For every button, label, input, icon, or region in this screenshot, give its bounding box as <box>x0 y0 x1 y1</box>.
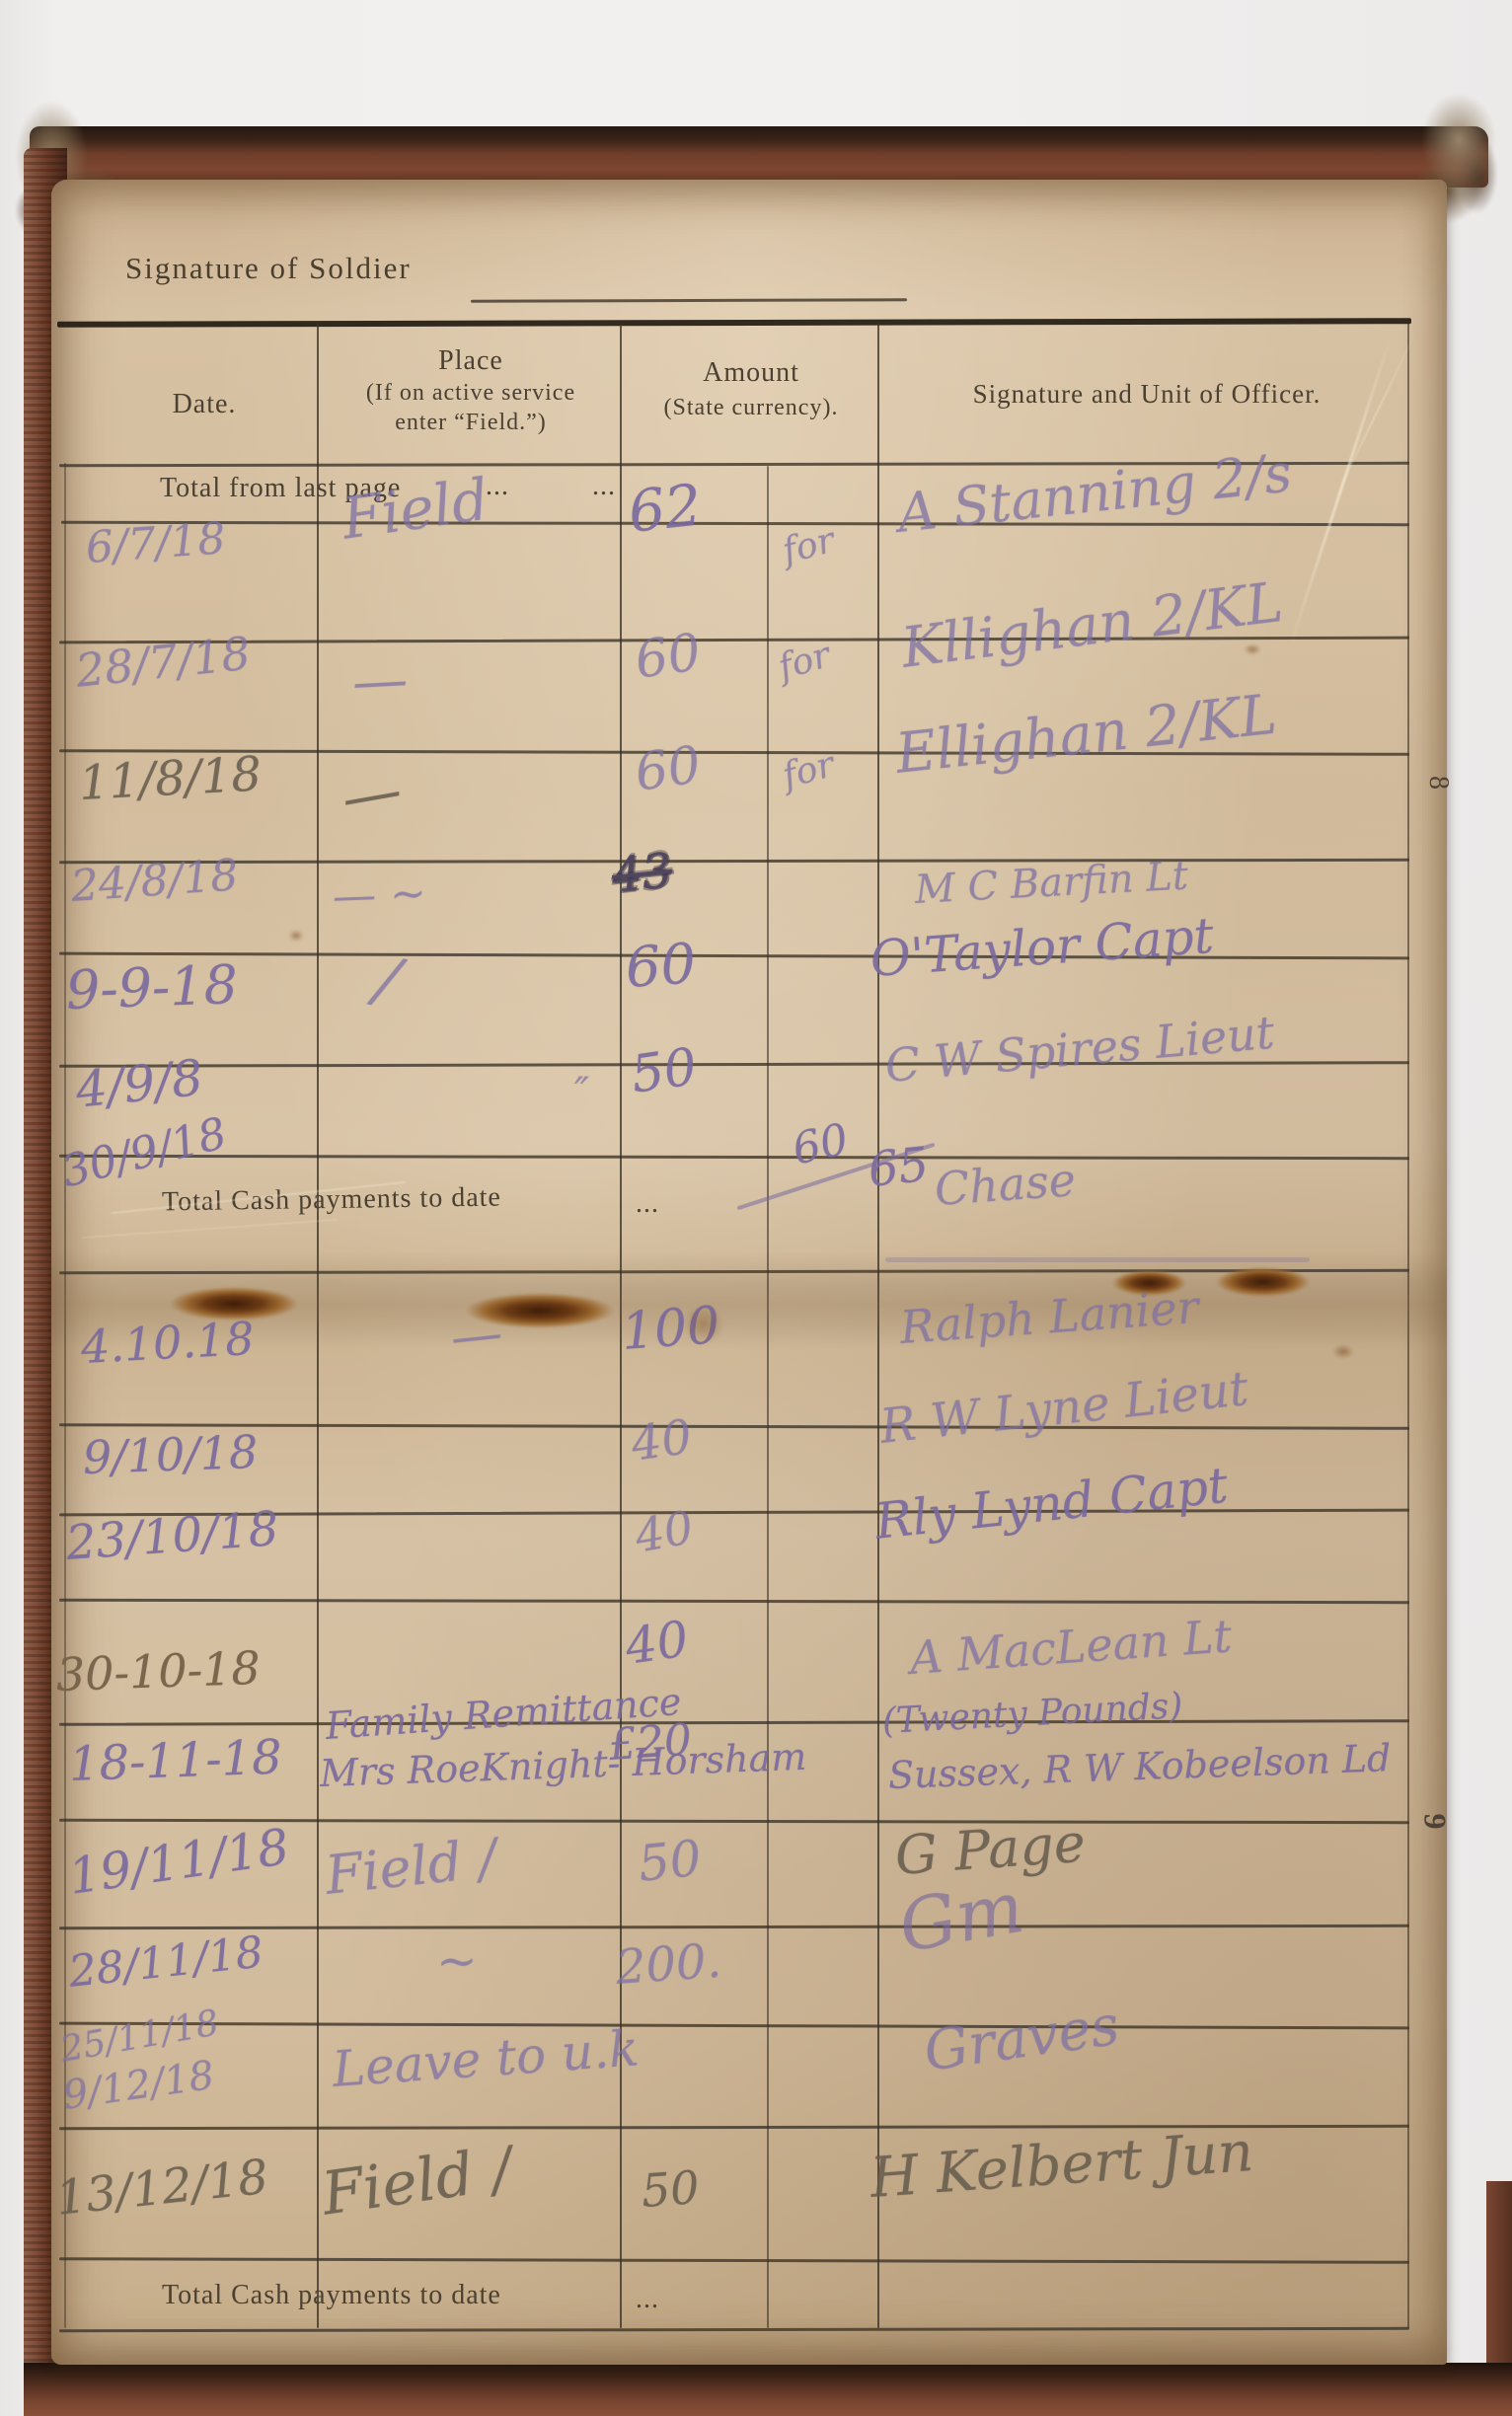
entry-date: 4.10.18 <box>80 1316 256 1370</box>
paper-stain <box>1332 1344 1354 1359</box>
entry-date: 11/8/18 <box>78 750 263 807</box>
total-cash-mid-hw-signature: Chase <box>933 1157 1077 1212</box>
entry-amount: 50 <box>628 1041 700 1101</box>
entry-signature: Rly Lynd Capt <box>872 1461 1230 1547</box>
entry-note: for <box>775 638 834 686</box>
header-place-label: Place <box>330 345 612 377</box>
entry-signature: Graves <box>921 1999 1122 2080</box>
entry-date: 23/10/18 <box>64 1505 279 1567</box>
table-top-rule <box>57 318 1411 328</box>
entry-note: for <box>780 523 838 570</box>
entry-amount: 40 <box>632 1504 697 1558</box>
total-cash-mid-hw-date: 30/9/18 <box>58 1112 231 1195</box>
entry-signature: A Stanning 2/s <box>895 446 1294 541</box>
entry-signature: M C Barfin Lt <box>914 857 1189 910</box>
entry-date: 6/7/18 <box>84 517 226 570</box>
entry-date: 28/7/18 <box>74 631 253 694</box>
row-rule <box>59 2022 1409 2030</box>
entry-place: — <box>448 1308 504 1364</box>
side-page-number-top: 8 <box>1422 776 1454 790</box>
header-place-sub1: (If on active service <box>328 380 614 407</box>
paper-crease <box>81 1219 338 1239</box>
entry-amount: 60 <box>632 627 704 687</box>
entry-amount: 200. <box>614 1937 722 1992</box>
row-rule <box>59 1925 1409 1929</box>
entry-signature-line1: (Twenty Pounds) <box>881 1689 1183 1740</box>
row-rule <box>59 1599 1409 1604</box>
total-cash-mid-dots: ... <box>636 1188 659 1220</box>
entry-place: — <box>351 652 410 711</box>
entry-amount: 60 <box>624 937 698 997</box>
entry-date: 28/11/18 <box>67 1930 265 1994</box>
paper-crease <box>1330 328 1418 506</box>
entry-signature: H Kelbert Jun <box>869 2125 1255 2207</box>
entry-amount: 62 <box>626 476 704 540</box>
entry-amount: £20 <box>607 1718 693 1768</box>
header-place-sub2: enter “Field.”) <box>328 410 614 436</box>
entry-date: 9-9-18 <box>65 958 239 1018</box>
entry-signature: A MacLean Lt <box>908 1613 1233 1681</box>
rust-stain <box>1216 1267 1310 1297</box>
entry-signature: R W Lyne Lieut <box>877 1365 1250 1451</box>
entry-date: 18-11-18 <box>68 1733 282 1787</box>
total-cash-bottom-label: Total Cash payments to date <box>162 2280 501 2311</box>
entry-amount: 40 <box>629 1413 695 1469</box>
row-rule <box>59 1155 1409 1160</box>
entry-amount: 60 <box>632 739 704 799</box>
header-amount-sub: (State currency). <box>632 395 870 421</box>
scanned-paybook-page: { "document": { "title": "Signature of S… <box>0 0 1512 2416</box>
entry-date: 9/10/18 <box>82 1429 259 1480</box>
entry-place: — ~ <box>332 872 426 919</box>
entry-signature-line2: Sussex, R W Kobeelson Ld <box>887 1739 1392 1794</box>
book-cover-bottom-edge <box>24 2363 1512 2416</box>
entry-place-line2: Mrs RoeKnight- Horsham <box>319 1738 807 1792</box>
row-rule <box>59 2257 1409 2264</box>
col-divider-amount-sub <box>767 466 769 2328</box>
entry-amount: 40 <box>623 1614 692 1671</box>
entry-place: Field / <box>319 2139 516 2224</box>
entry-amount: 43 <box>609 847 674 900</box>
entry-date: 19/11/18 <box>66 1822 292 1902</box>
entry-place: ~ <box>436 1936 478 1986</box>
entry-place: Field / <box>323 1832 499 1903</box>
entry-amount: 50 <box>636 1833 704 1888</box>
total-cash-mid-hw-amount-a: 60 <box>789 1118 852 1172</box>
entry-amount: 50 <box>640 2164 701 2214</box>
total-from-last-page-dots-2: ... <box>592 471 616 502</box>
entry-signature: Ellighan 2/KL <box>893 688 1279 783</box>
entry-signature: Gm <box>894 1871 1028 1963</box>
header-signature-label: Signature and Unit of Officer. <box>890 379 1403 410</box>
header-date-label: Date. <box>111 389 298 420</box>
title-underline <box>471 298 907 303</box>
row-rule <box>59 859 1409 864</box>
header-amount-label: Amount <box>632 357 870 389</box>
paper-stain <box>1244 643 1261 655</box>
row-rule <box>59 1719 1409 1726</box>
entry-date: 30-10-18 <box>55 1645 261 1698</box>
paper-stain <box>288 930 304 942</box>
entry-signature: C W Spires Lieut <box>883 1010 1276 1089</box>
total-from-last-page-dots-1: ... <box>486 471 509 502</box>
side-page-number-bottom: 9 <box>1417 1814 1454 1830</box>
page-title: Signature of Soldier <box>125 251 412 286</box>
total-cash-bottom-dots: ... <box>636 2284 659 2315</box>
entry-place: Field <box>339 471 491 548</box>
entry-note: for <box>779 747 838 794</box>
entry-place: ″ <box>574 1073 589 1112</box>
row-rule <box>59 1423 1409 1430</box>
entry-signature: Kllighan 2/KL <box>899 575 1286 677</box>
entry-place: / <box>370 948 404 1015</box>
entry-date: 13/12/18 <box>53 2153 269 2223</box>
entry-place: Leave to u.k <box>331 2023 641 2094</box>
paper-stain <box>683 1305 724 1344</box>
entry-signature: O'Taylor Capt <box>869 911 1215 984</box>
entry-date: 24/8/18 <box>69 854 239 909</box>
paybook-page: Signature of Soldier Date. Place (If on … <box>51 180 1447 2365</box>
book-cover-top-edge <box>30 126 1488 188</box>
entry-date: 4/9/8 <box>73 1053 205 1115</box>
table-bottom-rule <box>59 2327 1409 2332</box>
entry-place: — <box>338 760 407 829</box>
row-rule <box>61 521 1409 526</box>
